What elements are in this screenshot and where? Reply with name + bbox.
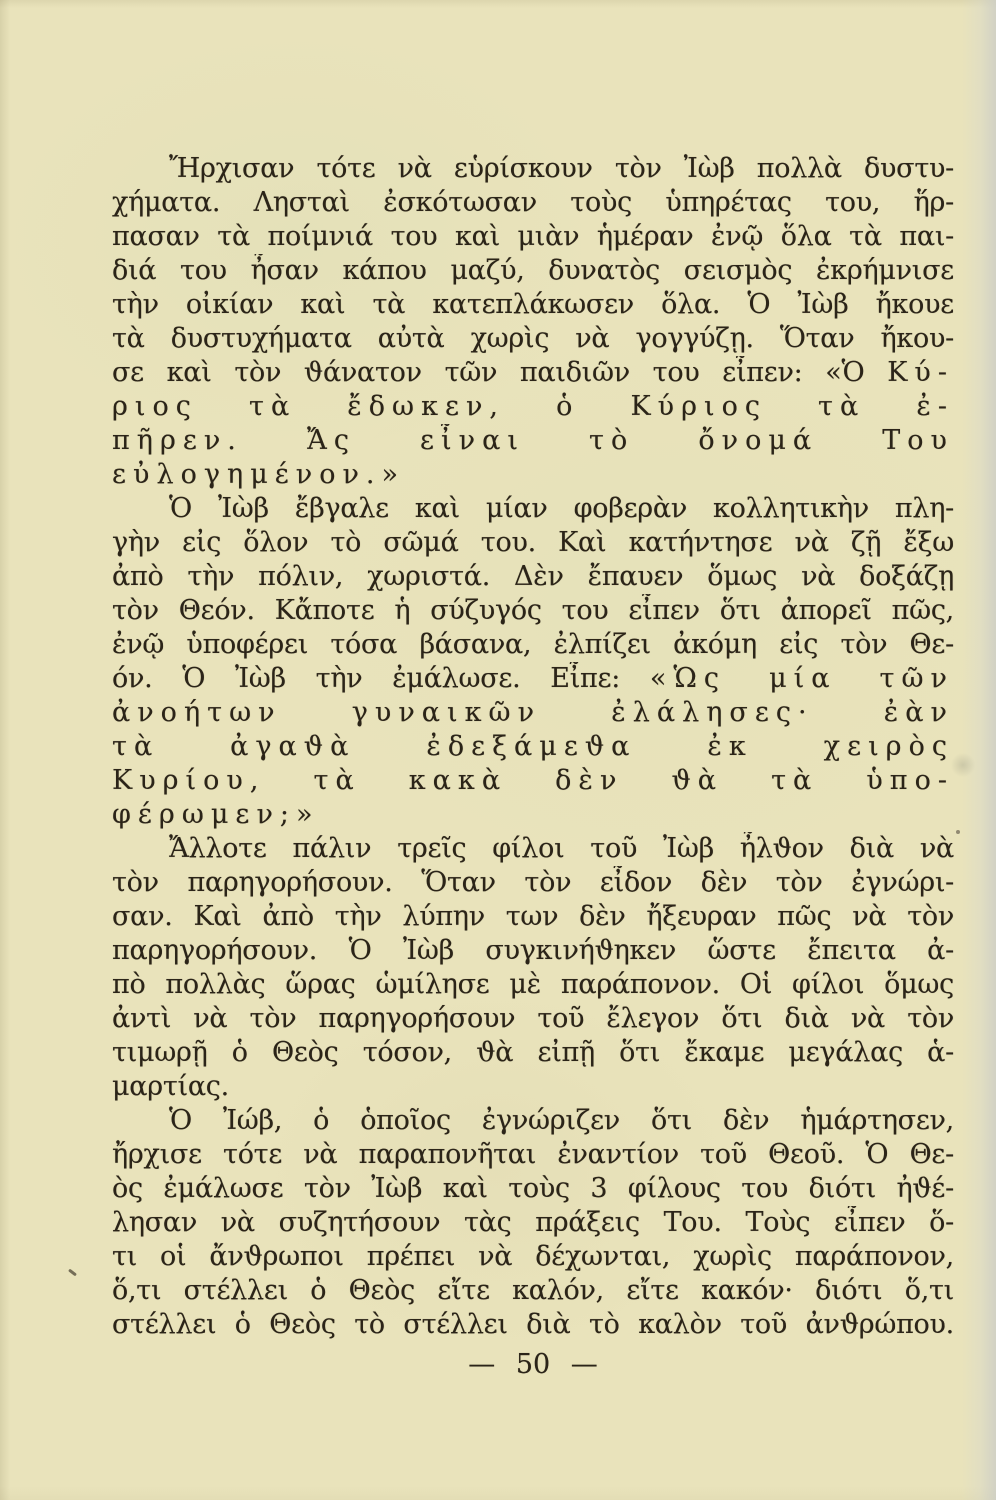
text-line: χήματα. Λησταὶ ἐσκότωσαν τοὺς ὑπηρέτας τ… — [112, 186, 954, 220]
text-line: Ἤρχισαν τότε νὰ εὑρίσκουν τὸν Ἰὼβ πολλὰ … — [112, 152, 954, 186]
text-line: ἤρχισε τότε νὰ παραπονῆται ἐναντίον τοῦ … — [112, 1138, 954, 1172]
text-block: Ἤρχισαν τότε νὰ εὑρίσκουν τὸν Ἰὼβ πολλὰ … — [112, 152, 954, 1342]
text-line: Ὁ Ἰώβ, ὁ ὁποῖος ἐγνώριζεν ὅτι δὲν ἡμάρτη… — [112, 1104, 954, 1138]
text-segment: ἀντὶ νὰ τὸν παρηγορήσουν τοῦ ἔλεγον ὅτι … — [112, 1003, 954, 1034]
text-line: τὸν Θεόν. Κἄποτε ἡ σύζυγός του εἶπεν ὅτι… — [112, 594, 954, 628]
text-line: τὸν παρηγορήσουν. Ὅταν τὸν εἶδον δὲν τὸν… — [112, 866, 954, 900]
text-segment: ἀνοήτων γυναικῶν ἐλάλησες· ἐὰν — [112, 697, 954, 728]
text-segment: ὸς ἐμάλωσε τὸν Ἰὼβ καὶ τοὺς 3 φίλους του… — [112, 1173, 954, 1204]
book-page: Ἤρχισαν τότε νὰ εὑρίσκουν τὸν Ἰὼβ πολλὰ … — [0, 0, 996, 1500]
text-line: ἐνῷ ὑποφέρει τόσα βάσανα, ἐλπίζει ἀκόμη … — [112, 628, 954, 662]
text-line: τὰ ἀγαϑὰ ἐδεξάμεϑα ἐκ χειρὸς — [112, 730, 954, 764]
text-line: ἀνοήτων γυναικῶν ἐλάλησες· ἐὰν — [112, 696, 954, 730]
text-segment: ἐνῷ ὑποφέρει τόσα βάσανα, ἐλπίζει ἀκόμη … — [112, 629, 954, 660]
text-line: παρηγορήσουν. Ὁ Ἰὼβ συγκινήϑηκεν ὥστε ἔπ… — [112, 934, 954, 968]
text-segment: πὸ πολλὰς ὥρας ὡμίλησε μὲ παράπονον. Οἱ … — [112, 969, 954, 1000]
text-line: Ἄλλοτε πάλιν τρεῖς φίλοι τοῦ Ἰὼβ ἦλϑον δ… — [112, 832, 954, 866]
text-segment: σε καὶ τὸν ϑάνατον τῶν παιδιῶν του εἶπεν… — [112, 357, 864, 388]
text-segment: τὴν οἰκίαν καὶ τὰ κατεπλάκωσεν ὅλα. Ὁ Ἰὼ… — [112, 289, 954, 320]
text-line: στέλλει ὁ Θεὸς τὸ στέλλει διὰ τὸ καλὸν τ… — [112, 1308, 954, 1342]
text-line: τὰ δυστυχήματα αὐτὰ χωρὶς νὰ γογγύζῃ. Ὅτ… — [112, 322, 954, 356]
text-segment: γὴν εἰς ὅλον τὸ σῶμά του. Καὶ κατήντησε … — [112, 527, 954, 558]
text-line: πασαν τὰ ποίμνιά του καὶ μιὰν ἡμέραν ἐνῷ… — [112, 220, 954, 254]
text-line: πῆρεν. Ἄς εἶναι τὸ ὄνομά Του — [112, 424, 954, 458]
text-segment: ὅ,τι στέλλει ὁ Θεὸς εἴτε καλόν, εἴτε κακ… — [112, 1275, 954, 1306]
text-segment: σαν. Καὶ ἀπὸ τὴν λύπην των δὲν ἤξευραν π… — [112, 901, 954, 932]
text-segment: χήματα. Λησταὶ ἐσκότωσαν τοὺς ὑπηρέτας τ… — [112, 187, 954, 218]
text-line: γὴν εἰς ὅλον τὸ σῶμά του. Καὶ κατήντησε … — [112, 526, 954, 560]
text-line: ὅ,τι στέλλει ὁ Θεὸς εἴτε καλόν, εἴτε κακ… — [112, 1274, 954, 1308]
text-segment: τὸν παρηγορήσουν. Ὅταν τὸν εἶδον δὲν τὸν… — [112, 867, 954, 898]
text-segment: τιμωρῇ ὁ Θεὸς τόσον, ϑὰ εἰπῇ ὅτι ἔκαμε μ… — [112, 1037, 954, 1068]
text-line: ριος τὰ ἔδωκεν, ὁ Κύριος τὰ ἐ- — [112, 390, 954, 424]
text-line: τιμωρῇ ὁ Θεὸς τόσον, ϑὰ εἰπῇ ὅτι ἔκαμε μ… — [112, 1036, 954, 1070]
text-line: εὐλογημένον.» — [112, 458, 954, 492]
text-line: ὸς ἐμάλωσε τὸν Ἰὼβ καὶ τοὺς 3 φίλους του… — [112, 1172, 954, 1206]
text-segment: στέλλει ὁ Θεὸς τὸ στέλλει διὰ τὸ καλὸν τ… — [112, 1309, 954, 1340]
ink-speck — [956, 830, 960, 834]
text-segment: τι οἱ ἄνϑρωποι πρέπει νὰ δέχωνται, χωρὶς… — [112, 1241, 954, 1272]
text-segment: Ὁ Ἰὼβ ἔβγαλε καὶ μίαν φοβερὰν κολλητικὴν… — [169, 493, 954, 524]
text-line: σαν. Καὶ ἀπὸ τὴν λύπην των δὲν ἤξευραν π… — [112, 900, 954, 934]
text-segment: τὸν Θεόν. Κἄποτε ἡ σύζυγός του εἶπεν ὅτι… — [112, 595, 954, 626]
text-segment: ριος τὰ ἔδωκεν, ὁ Κύριος τὰ ἐ- — [112, 391, 954, 422]
text-line: διά του ἦσαν κάπου μαζύ, δυνατὸς σεισμὸς… — [112, 254, 954, 288]
text-segment: ἀπὸ τὴν πόλιν, χωριστά. Δὲν ἔπαυεν ὅμως … — [112, 561, 954, 592]
page-number: — 50 — — [112, 1348, 954, 1382]
text-line: ἀντὶ νὰ τὸν παρηγορήσουν τοῦ ἔλεγον ὅτι … — [112, 1002, 954, 1036]
text-line: τὴν οἰκίαν καὶ τὰ κατεπλάκωσεν ὅλα. Ὁ Ἰὼ… — [112, 288, 954, 322]
text-segment: τὰ ἀγαϑὰ ἐδεξάμεϑα ἐκ χειρὸς — [112, 731, 954, 762]
text-line: ἀπὸ τὴν πόλιν, χωριστά. Δὲν ἔπαυεν ὅμως … — [112, 560, 954, 594]
text-segment: παρηγορήσουν. Ὁ Ἰὼβ συγκινήϑηκεν ὥστε ἔπ… — [112, 935, 954, 966]
text-segment: διά του ἦσαν κάπου μαζύ, δυνατὸς σεισμὸς… — [112, 255, 954, 286]
text-line: τι οἱ ἄνϑρωποι πρέπει νὰ δέχωνται, χωρὶς… — [112, 1240, 954, 1274]
text-line: λησαν νὰ συζητήσουν τὰς πράξεις Του. Τοὺ… — [112, 1206, 954, 1240]
text-segment: τὰ δυστυχήματα αὐτὰ χωρὶς νὰ γογγύζῃ. Ὅτ… — [112, 323, 954, 354]
text-line: όν. Ὁ Ἰὼβ τὴν ἐμάλωσε. Εἶπε: «Ὡς μία τῶν — [112, 662, 954, 696]
text-segment: Κυρίου, τὰ κακὰ δὲν ϑὰ τὰ ὑπο- — [112, 765, 954, 796]
text-line: πὸ πολλὰς ὥρας ὡμίλησε μὲ παράπονον. Οἱ … — [112, 968, 954, 1002]
text-line: σε καὶ τὸν ϑάνατον τῶν παιδιῶν του εἶπεν… — [112, 356, 954, 390]
text-line: φέρωμεν;» — [112, 798, 954, 832]
text-segment: πῆρεν. Ἄς εἶναι τὸ ὄνομά Του — [112, 425, 954, 456]
text-line: Κυρίου, τὰ κακὰ δὲν ϑὰ τὰ ὑπο- — [112, 764, 954, 798]
text-segment: λησαν νὰ συζητήσουν τὰς πράξεις Του. Τοὺ… — [112, 1207, 954, 1238]
text-segment: φέρωμεν;» — [112, 799, 320, 830]
text-segment: «Ὡς μία τῶν — [650, 663, 954, 694]
page-number-text: — 50 — — [468, 1349, 598, 1380]
text-segment: πασαν τὰ ποίμνιά του καὶ μιὰν ἡμέραν ἐνῷ… — [112, 221, 954, 252]
text-segment: ἤρχισε τότε νὰ παραπονῆται ἐναντίον τοῦ … — [112, 1139, 954, 1170]
text-segment: μαρτίας. — [112, 1071, 229, 1102]
text-segment: Ὁ Ἰώβ, ὁ ὁποῖος ἐγνώριζεν ὅτι δὲν ἡμάρτη… — [169, 1105, 954, 1136]
text-segment: Ἄλλοτε πάλιν τρεῖς φίλοι τοῦ Ἰὼβ ἦλϑον δ… — [169, 833, 954, 864]
text-segment: εὐλογημένον.» — [112, 459, 405, 490]
text-line: μαρτίας. — [112, 1070, 954, 1104]
text-line: Ὁ Ἰὼβ ἔβγαλε καὶ μίαν φοβερὰν κολλητικὴν… — [112, 492, 954, 526]
text-segment: Κύ- — [887, 357, 954, 388]
text-segment: όν. Ὁ Ἰὼβ τὴν ἐμάλωσε. Εἶπε: — [112, 663, 620, 694]
text-segment: Ἤρχισαν τότε νὰ εὑρίσκουν τὸν Ἰὼβ πολλὰ … — [169, 153, 954, 184]
